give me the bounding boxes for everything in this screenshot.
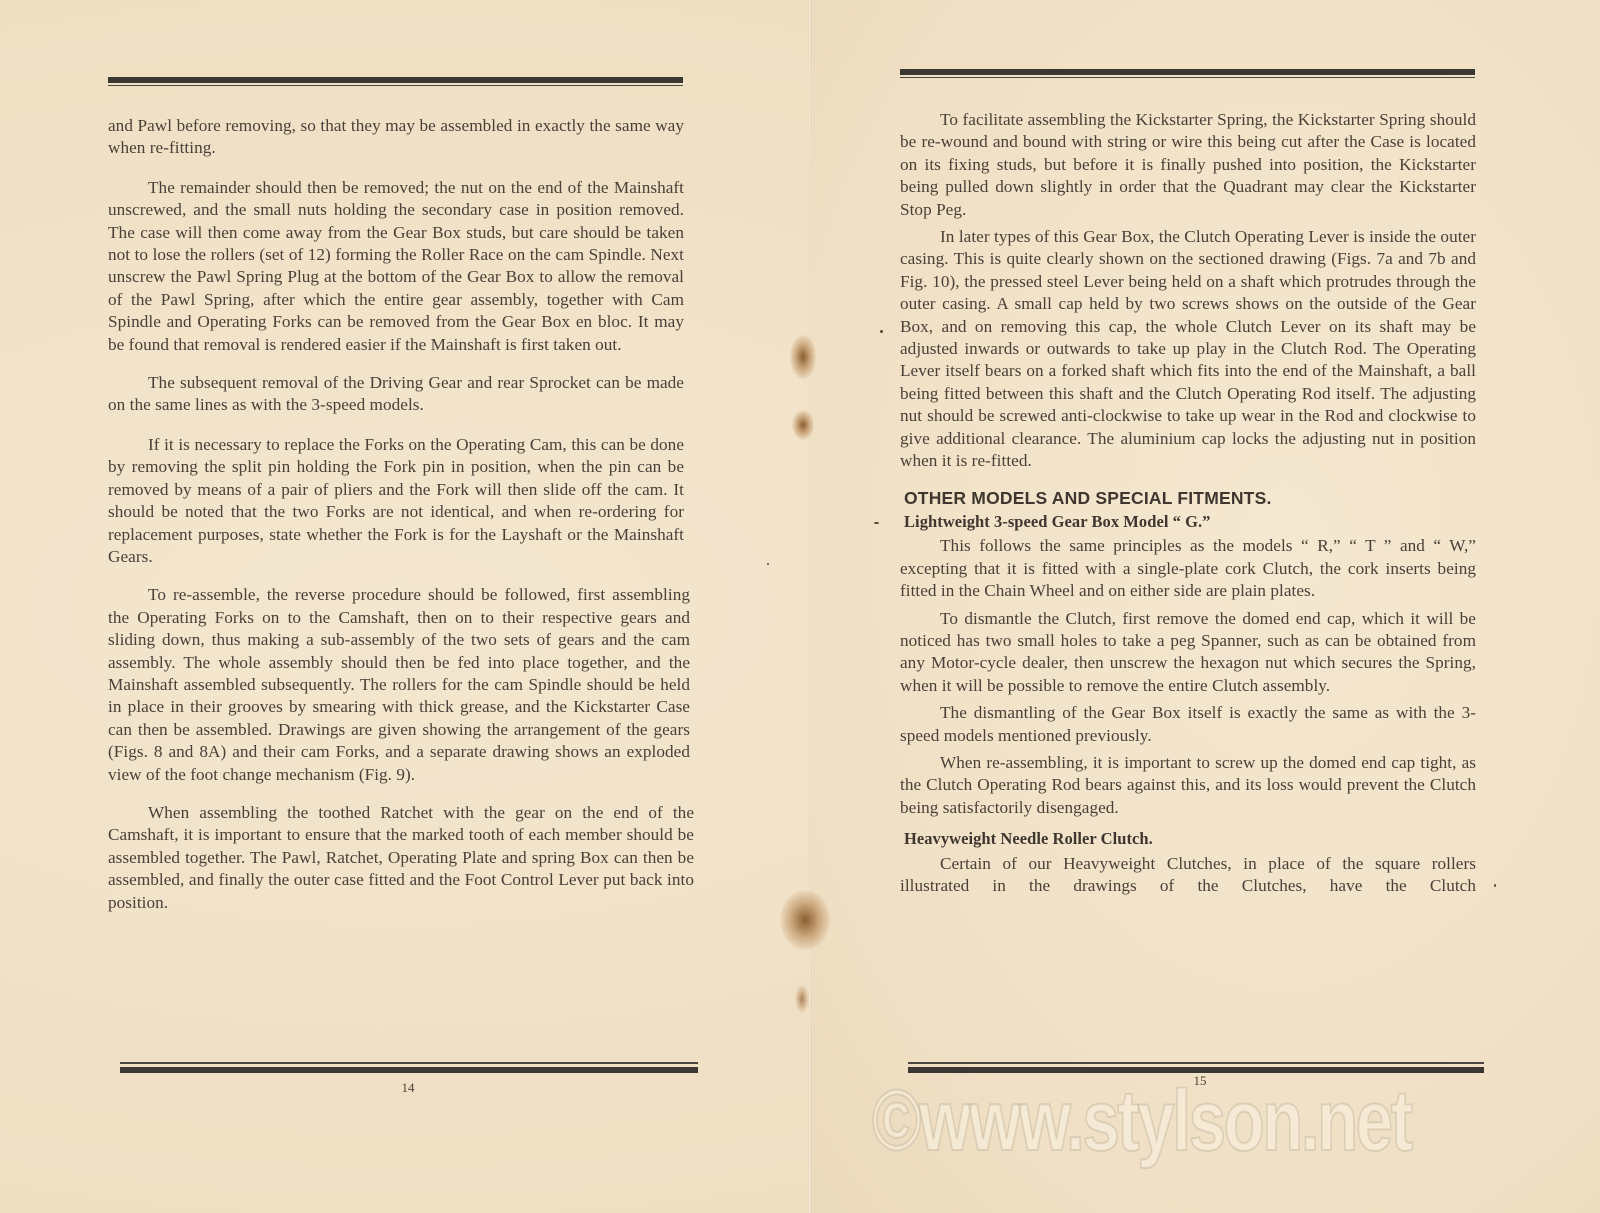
paragraph: To dismantle the Clutch, first remove th…	[900, 608, 1476, 698]
paragraph: If it is necessary to replace the Forks …	[108, 434, 684, 568]
copyright-watermark: ©www.stylson.net	[872, 1078, 1411, 1164]
subsection-heading: Heavyweight Needle Roller Clutch.	[904, 828, 1476, 850]
paragraph: To re-assemble, the reverse procedure sh…	[108, 584, 690, 786]
page-number: 14	[388, 1080, 428, 1096]
top-rule	[108, 77, 683, 86]
top-rule	[900, 69, 1475, 78]
paragraph: When assembling the toothed Ratchet with…	[108, 802, 694, 914]
right-page-body: To facilitate assembling the Kickstarter…	[900, 109, 1476, 897]
staple-rust-stain-3	[780, 890, 830, 950]
paper-speck	[767, 563, 769, 565]
paragraph: The dismantling of the Gear Box itself i…	[900, 702, 1476, 747]
paragraph: Certain of our Heavyweight Clutches, in …	[900, 853, 1476, 898]
paragraph: The remainder should then be removed; th…	[108, 177, 684, 356]
bottom-rule	[908, 1062, 1484, 1071]
paragraph: To facilitate assembling the Kickstarter…	[900, 109, 1476, 221]
section-heading: OTHER MODELS AND SPECIAL FITMENTS.	[904, 487, 1476, 509]
paper-speck	[1494, 884, 1496, 887]
staple-rust-stain-1	[790, 335, 816, 379]
paragraph: In later types of this Gear Box, the Clu…	[900, 226, 1476, 472]
paragraph: This follows the same principles as the …	[900, 535, 1476, 602]
staple-rust-stain-4	[795, 985, 809, 1013]
staple-rust-stain-2	[792, 410, 814, 440]
paragraph: The subsequent removal of the Driving Ge…	[108, 372, 684, 417]
paragraph: When re-assembling, it is important to s…	[900, 752, 1476, 819]
center-fold-gutter	[808, 0, 811, 1213]
paper-speck	[874, 522, 879, 524]
left-page-body: and Pawl before removing, so that they m…	[108, 115, 684, 914]
subsection-heading: Lightweight 3-speed Gear Box Model “ G.”	[904, 511, 1476, 533]
paper-speck	[880, 330, 883, 333]
paragraph: and Pawl before removing, so that they m…	[108, 115, 684, 160]
bottom-rule	[120, 1062, 698, 1071]
